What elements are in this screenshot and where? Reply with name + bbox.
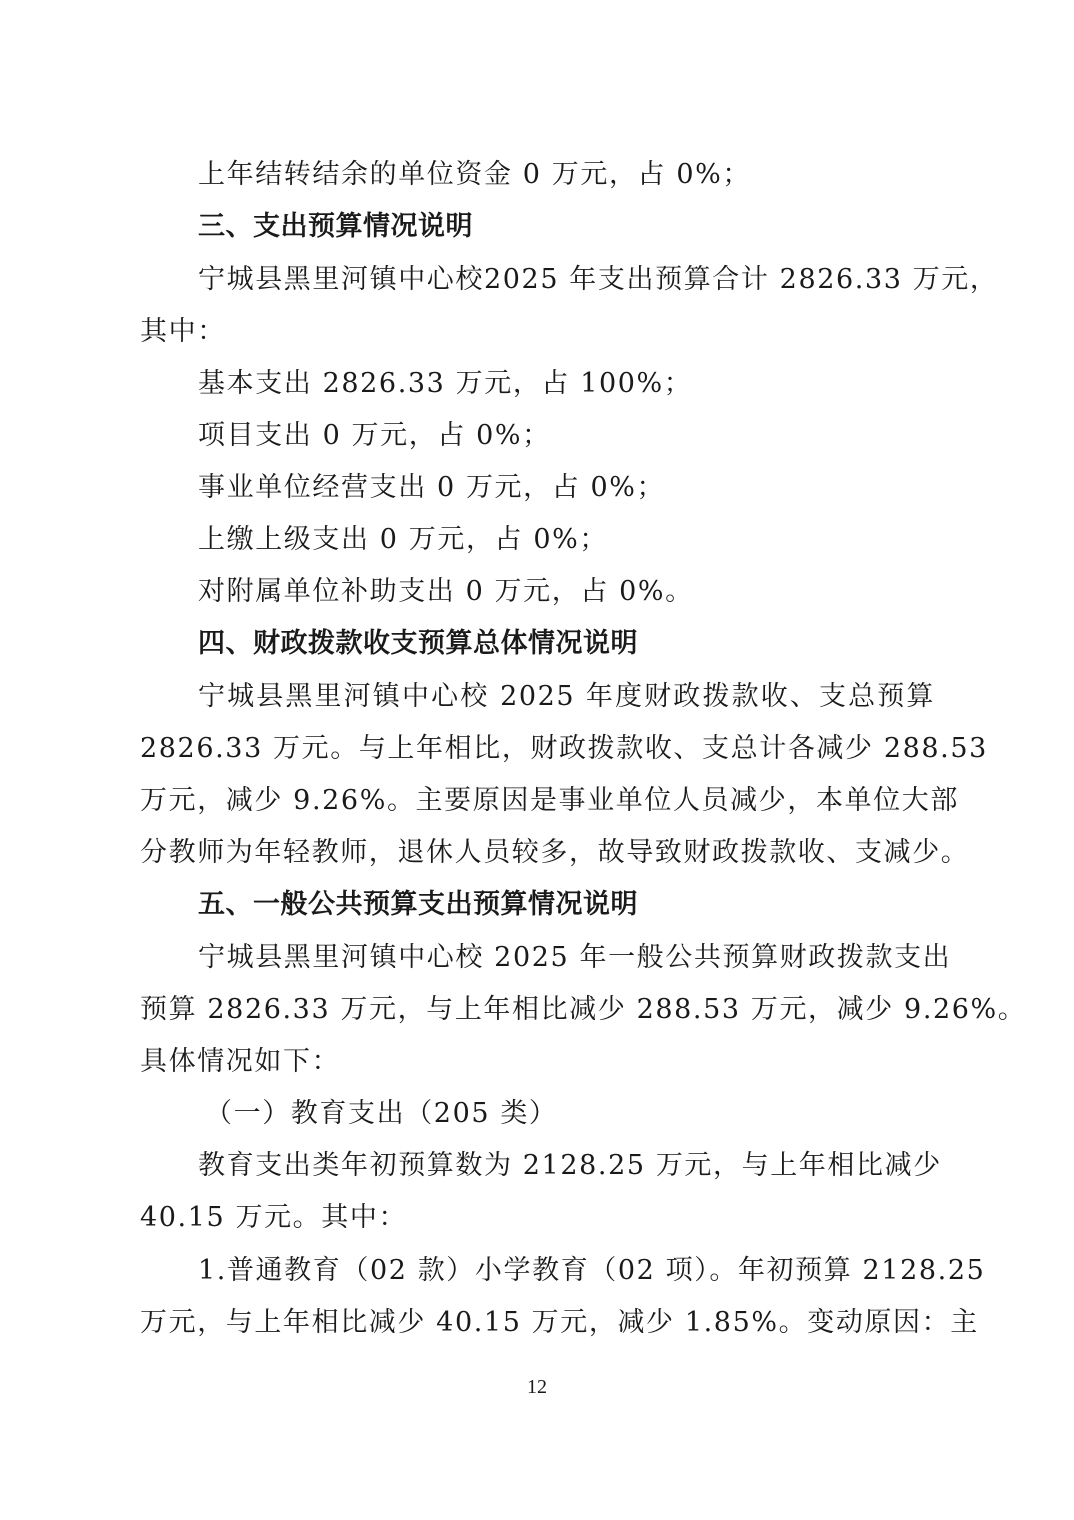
text-line: 2826.33 万元。与上年相比，财政拨款收、支总计各减少 288.53 bbox=[140, 723, 935, 775]
text-line: 具体情况如下： bbox=[140, 1036, 935, 1088]
text-line: 事业单位经营支出 0 万元，占 0%； bbox=[198, 462, 935, 514]
text-line: 宁城县黑里河镇中心校2025 年支出预算合计 2826.33 万元， bbox=[198, 254, 935, 306]
text-line: 项目支出 0 万元，占 0%； bbox=[198, 410, 935, 462]
text-line: 上缴上级支出 0 万元，占 0%； bbox=[198, 514, 935, 566]
text-line: 基本支出 2826.33 万元，占 100%； bbox=[198, 358, 935, 410]
section-heading-4: 四、财政拨款收支预算总体情况说明 bbox=[198, 618, 935, 670]
text-line: 其中： bbox=[140, 306, 935, 358]
text-line: 万元，减少 9.26%。主要原因是事业单位人员减少，本单位大部 bbox=[140, 775, 935, 827]
text-line: 上年结转结余的单位资金 0 万元，占 0%； bbox=[198, 149, 935, 201]
text-line: 宁城县黑里河镇中心校 2025 年一般公共预算财政拨款支出 bbox=[198, 932, 935, 984]
text-line: 万元，与上年相比减少 40.15 万元，减少 1.85%。变动原因：主 bbox=[140, 1297, 935, 1349]
section-heading-5: 五、一般公共预算支出预算情况说明 bbox=[198, 879, 935, 931]
text-line: 1.普通教育（02 款）小学教育（02 项）。年初预算 2128.25 bbox=[198, 1245, 935, 1297]
text-line: 40.15 万元。其中： bbox=[140, 1192, 935, 1244]
section-heading-3: 三、支出预算情况说明 bbox=[198, 201, 935, 253]
sub-heading: （一）教育支出（205 类） bbox=[205, 1088, 935, 1140]
page-number: 12 bbox=[0, 1376, 1074, 1399]
document-page: 上年结转结余的单位资金 0 万元，占 0%； 三、支出预算情况说明 宁城县黑里河… bbox=[0, 0, 1074, 1520]
text-line: 分教师为年轻教师，退休人员较多，故导致财政拨款收、支减少。 bbox=[140, 827, 935, 879]
text-line: 预算 2826.33 万元，与上年相比减少 288.53 万元，减少 9.26%… bbox=[140, 984, 935, 1036]
text-line: 对附属单位补助支出 0 万元，占 0%。 bbox=[198, 566, 935, 618]
text-line: 宁城县黑里河镇中心校 2025 年度财政拨款收、支总预算 bbox=[198, 671, 935, 723]
text-line: 教育支出类年初预算数为 2128.25 万元，与上年相比减少 bbox=[198, 1140, 935, 1192]
